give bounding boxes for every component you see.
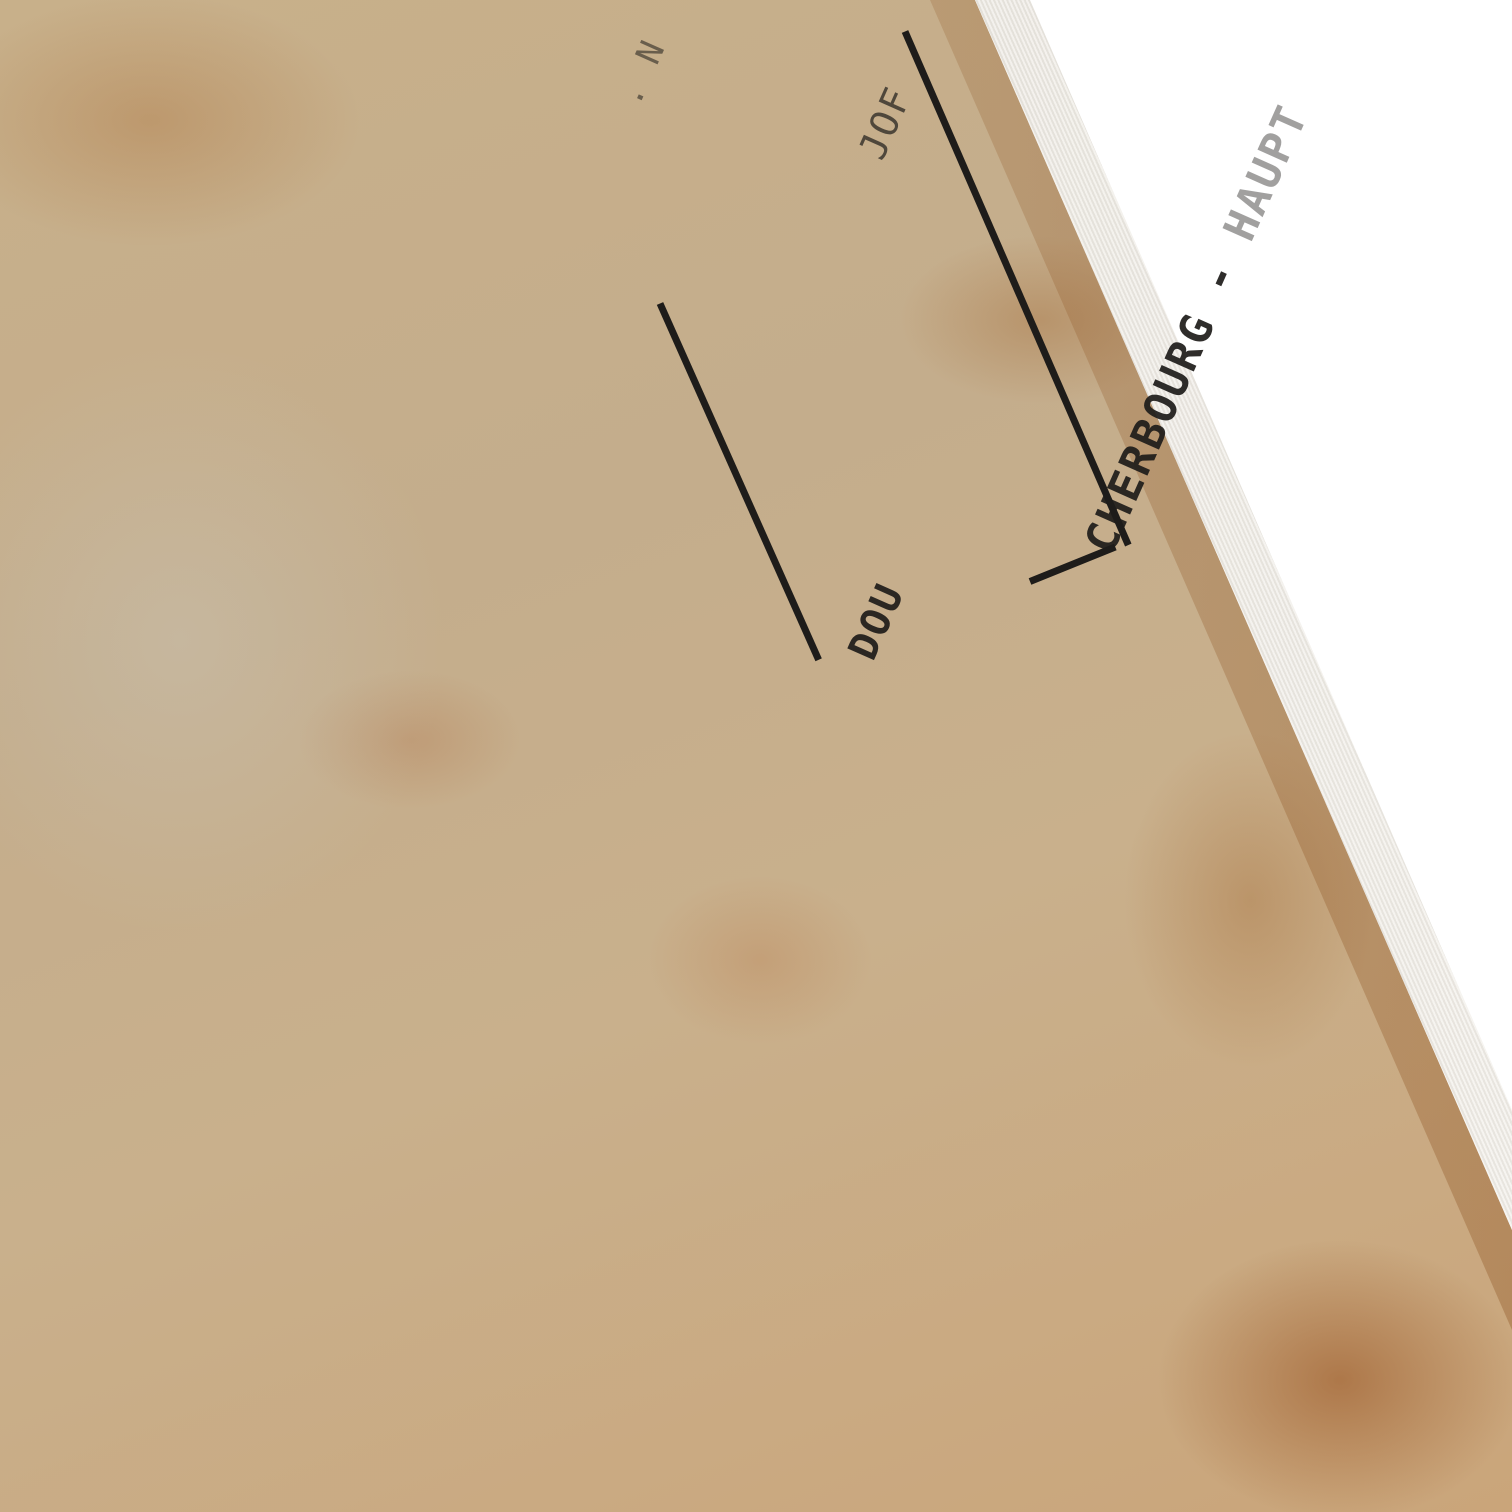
stamp-text-partial: HAUPT <box>1214 98 1319 249</box>
document-photo: CHERBOURG - HAUPT DOU . N JOF <box>0 0 1512 1512</box>
